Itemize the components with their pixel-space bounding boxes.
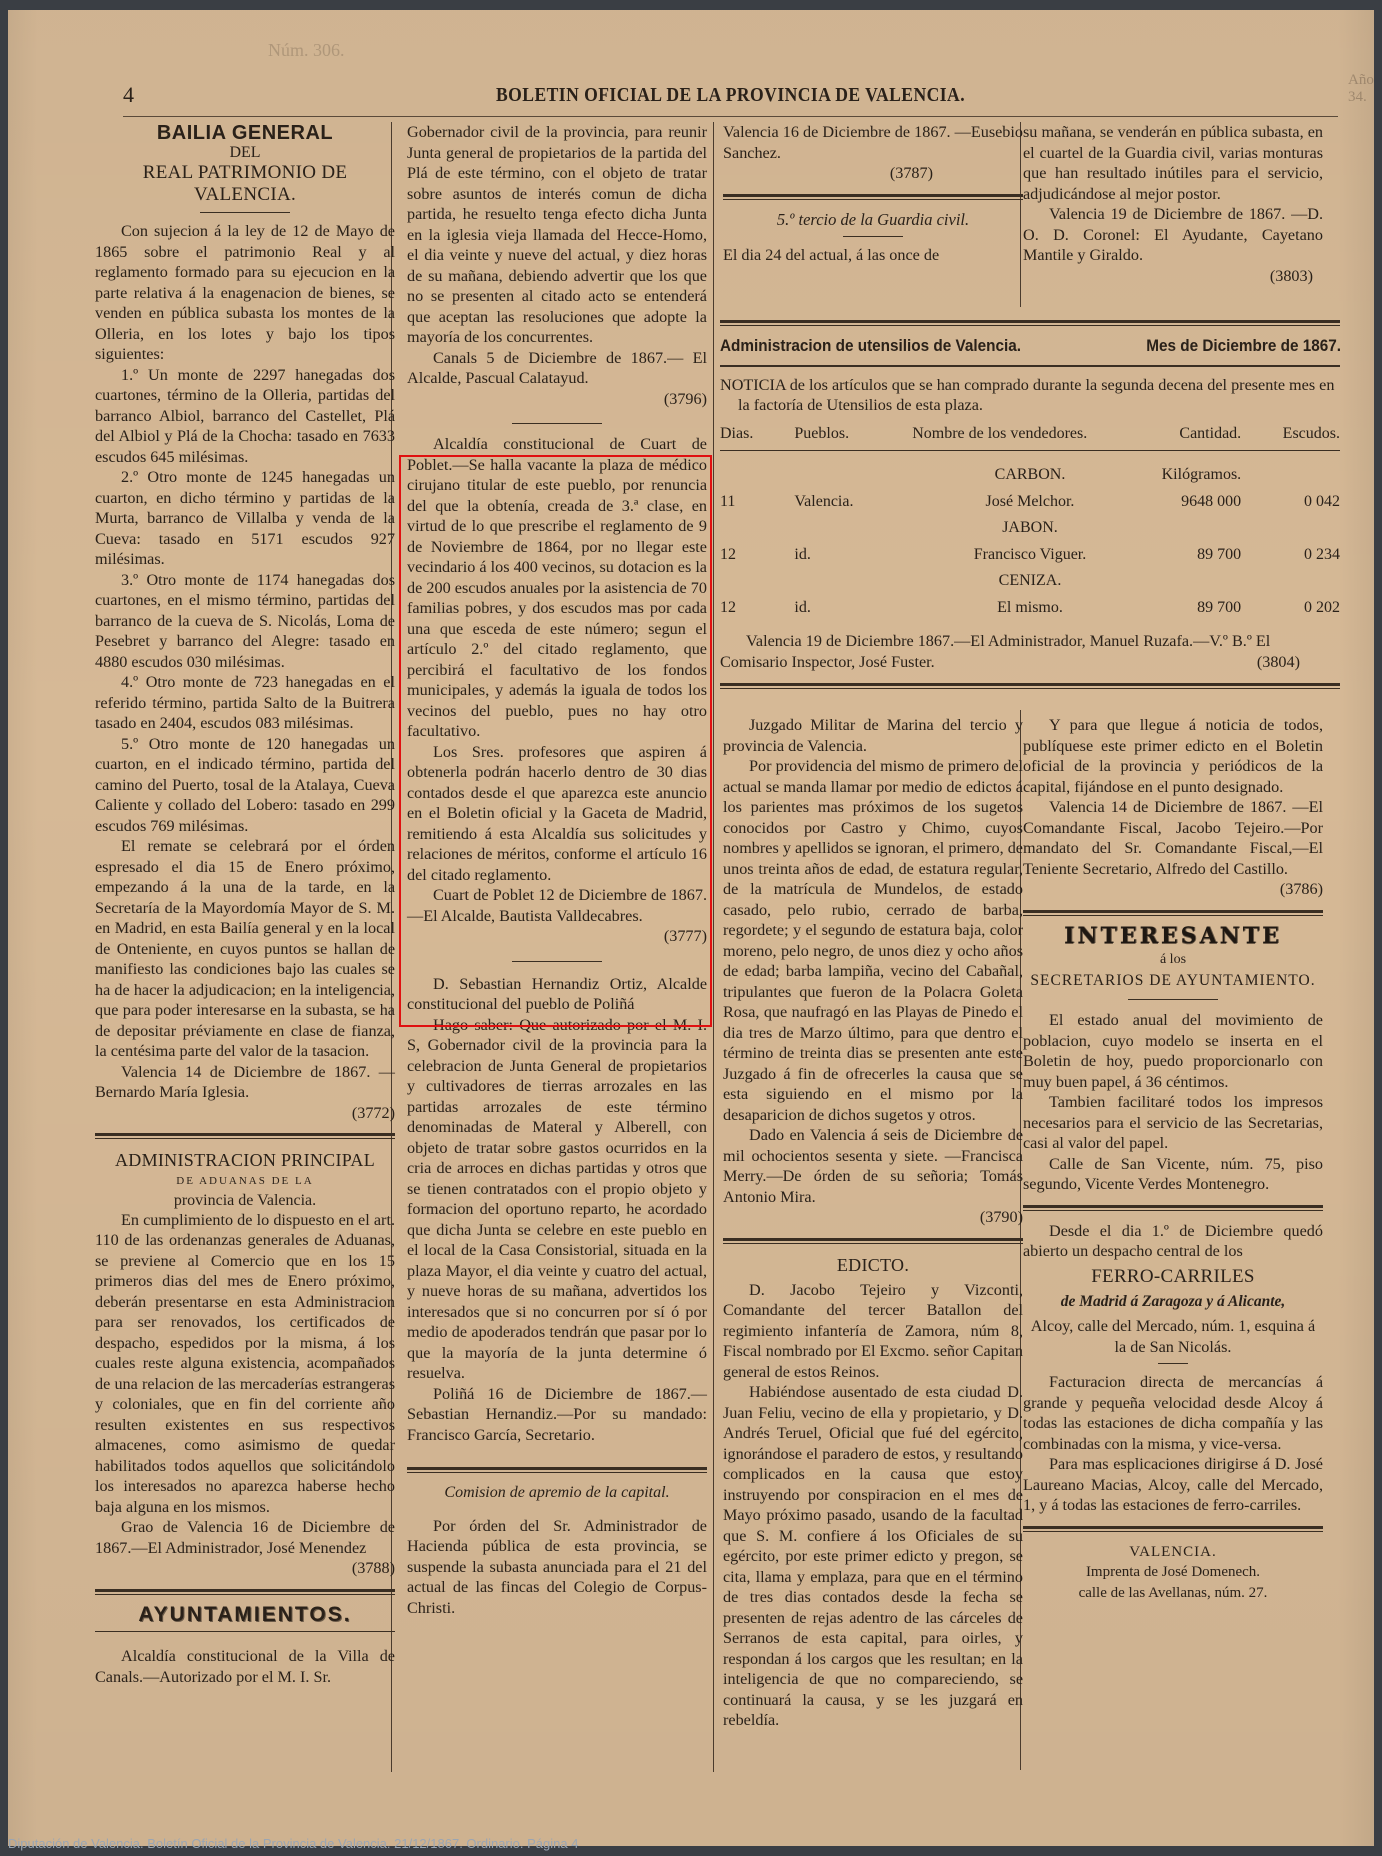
paragraph: 4.º Otro monte de 723 hanegadas en el re… <box>95 672 395 734</box>
section-subtitle: DE ADUANAS DE LA <box>95 1171 395 1192</box>
cell-dia: 12 <box>720 542 794 569</box>
table-row: 11 Valencia. José Melchor. 9648 000 0 04… <box>720 489 1340 516</box>
bleed-through-year: Año 34. <box>1348 72 1374 106</box>
section-month: Mes de Diciembre de 1867. <box>1146 336 1341 357</box>
unit-label: Kilógramos. <box>1148 451 1253 489</box>
paragraph: El dia 24 del actual, á las once de <box>723 245 1023 266</box>
divider <box>512 423 602 424</box>
paragraph: 2.º Otro monte de 1245 hanegadas un cuar… <box>95 467 395 570</box>
column-4-top: su mañana, se venderán en pública subast… <box>1023 122 1323 286</box>
paragraph: En cumplimiento de lo dispuesto en el ar… <box>95 1210 395 1518</box>
cell-dia: 11 <box>720 489 794 516</box>
signature: Poliñá 16 de Diciembre de 1867.— Sebasti… <box>407 1384 707 1446</box>
imprint: VALENCIA. Imprenta de José Domenech. cal… <box>1023 1542 1323 1604</box>
paragraph: Desde el dia 1.º de Diciembre quedó abie… <box>1023 1221 1323 1262</box>
cell-pueblo: Valencia. <box>794 489 912 516</box>
ferrocarriles-ad: Desde el dia 1.º de Diciembre quedó abie… <box>1023 1221 1323 1516</box>
paragraph: Con sujecion á la ley de 12 de Mayo de 1… <box>95 221 395 365</box>
cell-cantidad: 89 700 <box>1148 595 1253 622</box>
reference-number: (3790) <box>723 1207 1023 1228</box>
imprint-city: VALENCIA. <box>1023 1542 1323 1563</box>
section-title: 5.º tercio de la Guardia civil. <box>723 210 1023 231</box>
signature: Dado en Valencia á seis de Diciembre de … <box>723 1125 1023 1207</box>
divider <box>512 961 602 962</box>
signature: Grao de Valencia 16 de Diciembre de 1867… <box>95 1517 395 1558</box>
paragraph: su mañana, se venderán en pública subast… <box>1023 122 1323 204</box>
section-rule <box>720 683 1340 689</box>
address: Alcoy, calle del Mercado, núm. 1, esquin… <box>1023 1316 1323 1357</box>
paragraph: El estado anual del movimiento de poblac… <box>1023 1010 1323 1092</box>
divider <box>200 212 290 213</box>
section-title: BAILIA GENERAL <box>95 122 395 144</box>
bleed-through-number: Núm. 306. <box>268 40 345 61</box>
column-header: Cantidad. <box>1148 422 1253 451</box>
bailia-notice: BAILIA GENERAL DEL REAL PATRIMONIO DE VA… <box>95 122 395 1123</box>
interesante-ad: INTERESANTE á los SECRETARIOS DE AYUNTAM… <box>1023 926 1323 1195</box>
cell-escudos: 0 202 <box>1253 595 1340 622</box>
column-rule <box>713 122 714 1772</box>
cell-escudos: 0 234 <box>1253 542 1340 569</box>
divider <box>720 365 1340 367</box>
column-header: Nombre de los vendedores. <box>912 422 1148 451</box>
aduanas-notice: ADMINISTRACION PRINCIPAL DE ADUANAS DE L… <box>95 1149 395 1579</box>
paragraph: 5.º Otro monte de 120 hanegadas un cuart… <box>95 734 395 837</box>
category-label: JABON. <box>912 515 1148 542</box>
guardia-civil-notice: 5.º tercio de la Guardia civil. El dia 2… <box>723 210 1023 266</box>
page-title: BOLETIN OFICIAL DE LA PROVINCIA DE VALEN… <box>196 84 1265 107</box>
notice-text: NOTICIA de los artículos que se han comp… <box>720 375 1340 416</box>
paragraph: Habiéndose ausentado de esta ciudad D. J… <box>723 1382 1023 1731</box>
paragraph: Calle de San Vicente, núm. 75, piso segu… <box>1023 1154 1323 1195</box>
ayuntamientos-section: AYUNTAMIENTOS. Alcaldía constitucional d… <box>95 1605 395 1688</box>
running-header: 4 BOLETIN OFICIAL DE LA PROVINCIA DE VAL… <box>123 82 1338 108</box>
reference-number: (3796) <box>407 389 707 410</box>
reference-number: (3788) <box>95 1558 395 1579</box>
ad-title: INTERESANTE <box>1023 926 1323 947</box>
utensilios-header: Administracion de utensilios de Valencia… <box>720 336 1341 357</box>
cell-pueblo: id. <box>794 542 912 569</box>
signature: Valencia 16 de Diciembre de 1867. —Euseb… <box>723 122 1023 163</box>
category-label: CARBON. <box>912 451 1148 489</box>
cell-vendedor: El mismo. <box>912 595 1148 622</box>
ad-subtitle: á los <box>1023 950 1323 971</box>
archive-caption: Diputación de Valencia. Boletín Oficial … <box>8 1836 578 1851</box>
paragraph: Por providencia del mismo de primero del… <box>723 756 1023 1125</box>
section-title: Comision de apremio de la capital. <box>407 1483 707 1504</box>
section-subtitle: REAL PATRIMONIO DE VALENCIA. <box>95 162 395 206</box>
reference-number: (3777) <box>407 926 707 947</box>
newspaper-page: Año 34. Núm. 306. 4 BOLETIN OFICIAL DE L… <box>8 10 1374 1846</box>
divider <box>95 1631 395 1632</box>
ad-subtitle: de Madrid á Zaragoza y á Alicante, <box>1023 1292 1323 1313</box>
table-row: 12 id. Francisco Viguer. 89 700 0 234 <box>720 542 1340 569</box>
category-row: JABON. <box>720 515 1340 542</box>
column-header: Escudos. <box>1253 422 1340 451</box>
imprint-address: calle de las Avellanas, núm. 27. <box>1023 1583 1323 1604</box>
cell-cantidad: 89 700 <box>1148 542 1253 569</box>
section-rule <box>1023 1205 1323 1211</box>
paragraph: Los Sres. profesores que aspiren á obten… <box>407 742 707 886</box>
divider <box>1158 1363 1188 1364</box>
paragraph: 3.º Otro monte de 1174 hanegadas dos cua… <box>95 570 395 673</box>
cell-vendedor: Francisco Viguer. <box>912 542 1148 569</box>
page-number: 4 <box>123 82 134 108</box>
paragraph: D. Sebastian Hernandiz Ortiz, Alcalde co… <box>407 974 707 1015</box>
paragraph: D. Jacobo Tejeiro y Vizconti, Comandante… <box>723 1280 1023 1383</box>
paragraph: 1.º Un monte de 2297 hanegadas dos cuart… <box>95 365 395 468</box>
paragraph: Para mas esplicaciones dirigirse á D. Jo… <box>1023 1454 1323 1516</box>
column-header: Dias. <box>720 422 794 451</box>
category-row: CARBON. Kilógramos. <box>720 451 1340 489</box>
divider <box>1128 999 1218 1000</box>
section-rule <box>95 1589 395 1595</box>
paragraph: Alcaldía constitucional de Cuart de Pobl… <box>407 434 707 742</box>
paragraph: Juzgado Militar de Marina del tercio y p… <box>723 715 1023 756</box>
ad-subtitle: SECRETARIOS DE AYUNTAMIENTO. <box>1023 971 1323 992</box>
section-title: ADMINISTRACION PRINCIPAL <box>95 1149 395 1171</box>
column-3-top: Valencia 16 de Diciembre de 1867. —Euseb… <box>723 122 1023 266</box>
category-row: CENIZA. <box>720 568 1340 595</box>
cell-dia: 12 <box>720 595 794 622</box>
reference-number: (3803) <box>1023 266 1323 287</box>
paragraph: Por órden del Sr. Administrador de Hacie… <box>407 1516 707 1619</box>
paragraph: Y para que llegue á noticia de todos, pu… <box>1023 715 1323 797</box>
table-row: 12 id. El mismo. 89 700 0 202 <box>720 595 1340 622</box>
ad-title: FERRO-CARRILES <box>1023 1266 1323 1288</box>
cell-pueblo: id. <box>794 595 912 622</box>
edicto-notice: EDICTO. D. Jacobo Tejeiro y Vizconti, Co… <box>723 1254 1023 1731</box>
canals-notice: Gobernador civil de la provincia, para r… <box>407 122 707 409</box>
polina-notice: D. Sebastian Hernandiz Ortiz, Alcalde co… <box>407 974 707 1446</box>
paragraph: Gobernador civil de la provincia, para r… <box>407 122 707 348</box>
edicto-continuation: Y para que llegue á noticia de todos, pu… <box>1023 715 1323 900</box>
section-rule <box>723 1238 1023 1244</box>
purchases-table: Dias. Pueblos. Nombre de los vendedores.… <box>720 422 1340 622</box>
cell-cantidad: 9648 000 <box>1148 489 1253 516</box>
signature: Cuart de Poblet 12 de Diciembre de 1867.… <box>407 885 707 926</box>
category-label: CENIZA. <box>912 568 1148 595</box>
section-rule <box>1023 1526 1323 1532</box>
signature: Valencia 14 de Diciembre de 1867. —El Co… <box>1023 797 1323 879</box>
section-rule <box>723 194 1023 200</box>
column-4-bottom: Y para que llegue á noticia de todos, pu… <box>1023 715 1323 1603</box>
imprint-printer: Imprenta de José Domenech. <box>1023 1562 1323 1583</box>
cuart-de-poblet-notice: Alcaldía constitucional de Cuart de Pobl… <box>407 434 707 947</box>
column-1: BAILIA GENERAL DEL REAL PATRIMONIO DE VA… <box>95 122 395 1687</box>
cell-escudos: 0 042 <box>1253 489 1340 516</box>
section-subtitle: provincia de Valencia. <box>95 1192 395 1210</box>
column-2: Gobernador civil de la provincia, para r… <box>407 122 707 1618</box>
reference-number: (3772) <box>95 1103 395 1124</box>
sanchez-notice: Valencia 16 de Diciembre de 1867. —Euseb… <box>723 122 1023 184</box>
signature: Valencia 19 de Diciembre de 1867. —D. O.… <box>1023 204 1323 266</box>
section-rule <box>720 320 1340 326</box>
signature: Canals 5 de Diciembre de 1867.— El Alcal… <box>407 348 707 389</box>
header-rule <box>123 116 1338 117</box>
column-3-bottom: Juzgado Militar de Marina del tercio y p… <box>723 715 1023 1731</box>
paragraph: Tambien facilitaré todos los impresos ne… <box>1023 1092 1323 1154</box>
section-title: Administracion de utensilios de Valencia… <box>720 336 1021 357</box>
juzgado-notice: Juzgado Militar de Marina del tercio y p… <box>723 715 1023 1228</box>
reference-number: (3786) <box>1023 879 1323 900</box>
table-header-row: Dias. Pueblos. Nombre de los vendedores.… <box>720 422 1340 451</box>
paragraph: Alcaldía constitucional de la Villa de C… <box>95 1646 395 1687</box>
section-title: AYUNTAMIENTOS. <box>95 1605 395 1626</box>
reference-number: (3787) <box>723 163 1023 184</box>
section-rule <box>95 1133 395 1139</box>
section-subtitle: DEL <box>95 144 395 162</box>
apremio-notice: Comision de apremio de la capital. Por ó… <box>407 1483 707 1618</box>
paragraph: Hago saber: Que autorizado por el M. I. … <box>407 1015 707 1384</box>
section-title: EDICTO. <box>723 1254 1023 1276</box>
cell-vendedor: José Melchor. <box>912 489 1148 516</box>
section-rule <box>407 1467 707 1473</box>
paragraph: Facturacion directa de mercancías á gran… <box>1023 1372 1323 1454</box>
signature: Valencia 14 de Diciembre de 1867. —Berna… <box>95 1062 395 1103</box>
paragraph: El remate se celebrará por el órden espr… <box>95 836 395 1062</box>
utensilios-notice: Administracion de utensilios de Valencia… <box>720 310 1340 699</box>
divider <box>843 236 903 237</box>
column-header: Pueblos. <box>794 422 912 451</box>
section-rule <box>1023 910 1323 916</box>
